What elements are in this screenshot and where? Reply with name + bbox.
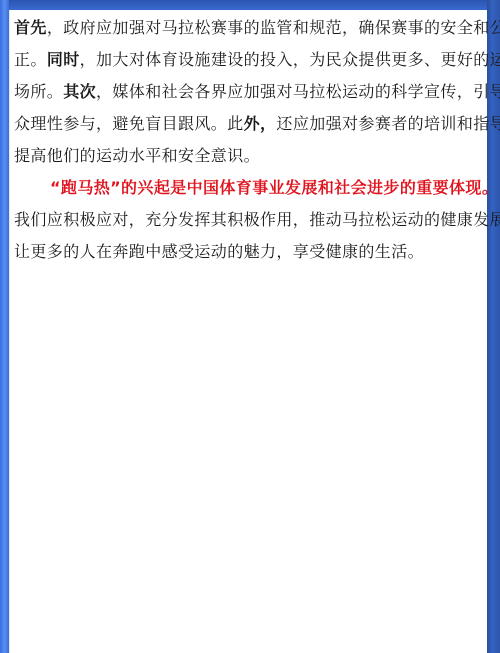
document-panel: 首先，政府应加强对马拉松赛事的监管和规范，确保赛事的安全和公 正。同时，加大对体… [9,10,487,653]
text-line: 首先，政府应加强对马拉松赛事的监管和规范，确保赛事的安全和公 [14,12,484,44]
text-line: 我们应积极应对，充分发挥其积极作用，推动马拉松运动的健康发展， [14,204,484,236]
text-line: 场所。其次，媒体和社会各界应加强对马拉松运动的科学宣传，引导民 [14,76,484,108]
paragraph-conclusion: 我们应积极应对，充分发挥其积极作用，推动马拉松运动的健康发展， 让更多的人在奔跑… [14,204,484,268]
text-segment: 场所。 [14,82,63,101]
text-segment: 众理性参与，避免盲目跟风。此 [14,114,244,133]
text-segment: ，加大对体育设施建设的投入，为民众提供更多、更好的运动 [80,50,500,69]
frame-left-border [0,0,9,653]
text-line: 众理性参与，避免盲目跟风。此外，还应加强对参赛者的培训和指导， [14,108,484,140]
bold-lead-first: 首先 [14,18,47,37]
bold-lead-additionally: 外， [244,114,277,133]
highlight-statement: “跑马热”的兴起是中国体育事业发展和社会进步的重要体现。 [14,172,484,204]
text-segment: 正。 [14,50,47,69]
text-segment: ，政府应加强对马拉松赛事的监管和规范，确保赛事的安全和公 [47,18,500,37]
frame-top-border [0,0,500,10]
paragraph-recommendations: 首先，政府应加强对马拉松赛事的监管和规范，确保赛事的安全和公 正。同时，加大对体… [14,12,484,172]
bold-lead-second: 其次 [63,82,96,101]
text-segment: 提高他们的运动水平和安全意识。 [14,146,260,165]
document-content: 首先，政府应加强对马拉松赛事的监管和规范，确保赛事的安全和公 正。同时，加大对体… [14,12,484,268]
text-line: 提高他们的运动水平和安全意识。 [14,140,484,172]
text-segment: 还应加强对参赛者的培训和指导， [276,114,500,133]
text-segment: ，媒体和社会各界应加强对马拉松运动的科学宣传，引导民 [96,82,500,101]
text-line: 正。同时，加大对体育设施建设的投入，为民众提供更多、更好的运动 [14,44,484,76]
bold-lead-meanwhile: 同时 [47,50,80,69]
text-line: 让更多的人在奔跑中感受运动的魅力，享受健康的生活。 [14,236,484,268]
